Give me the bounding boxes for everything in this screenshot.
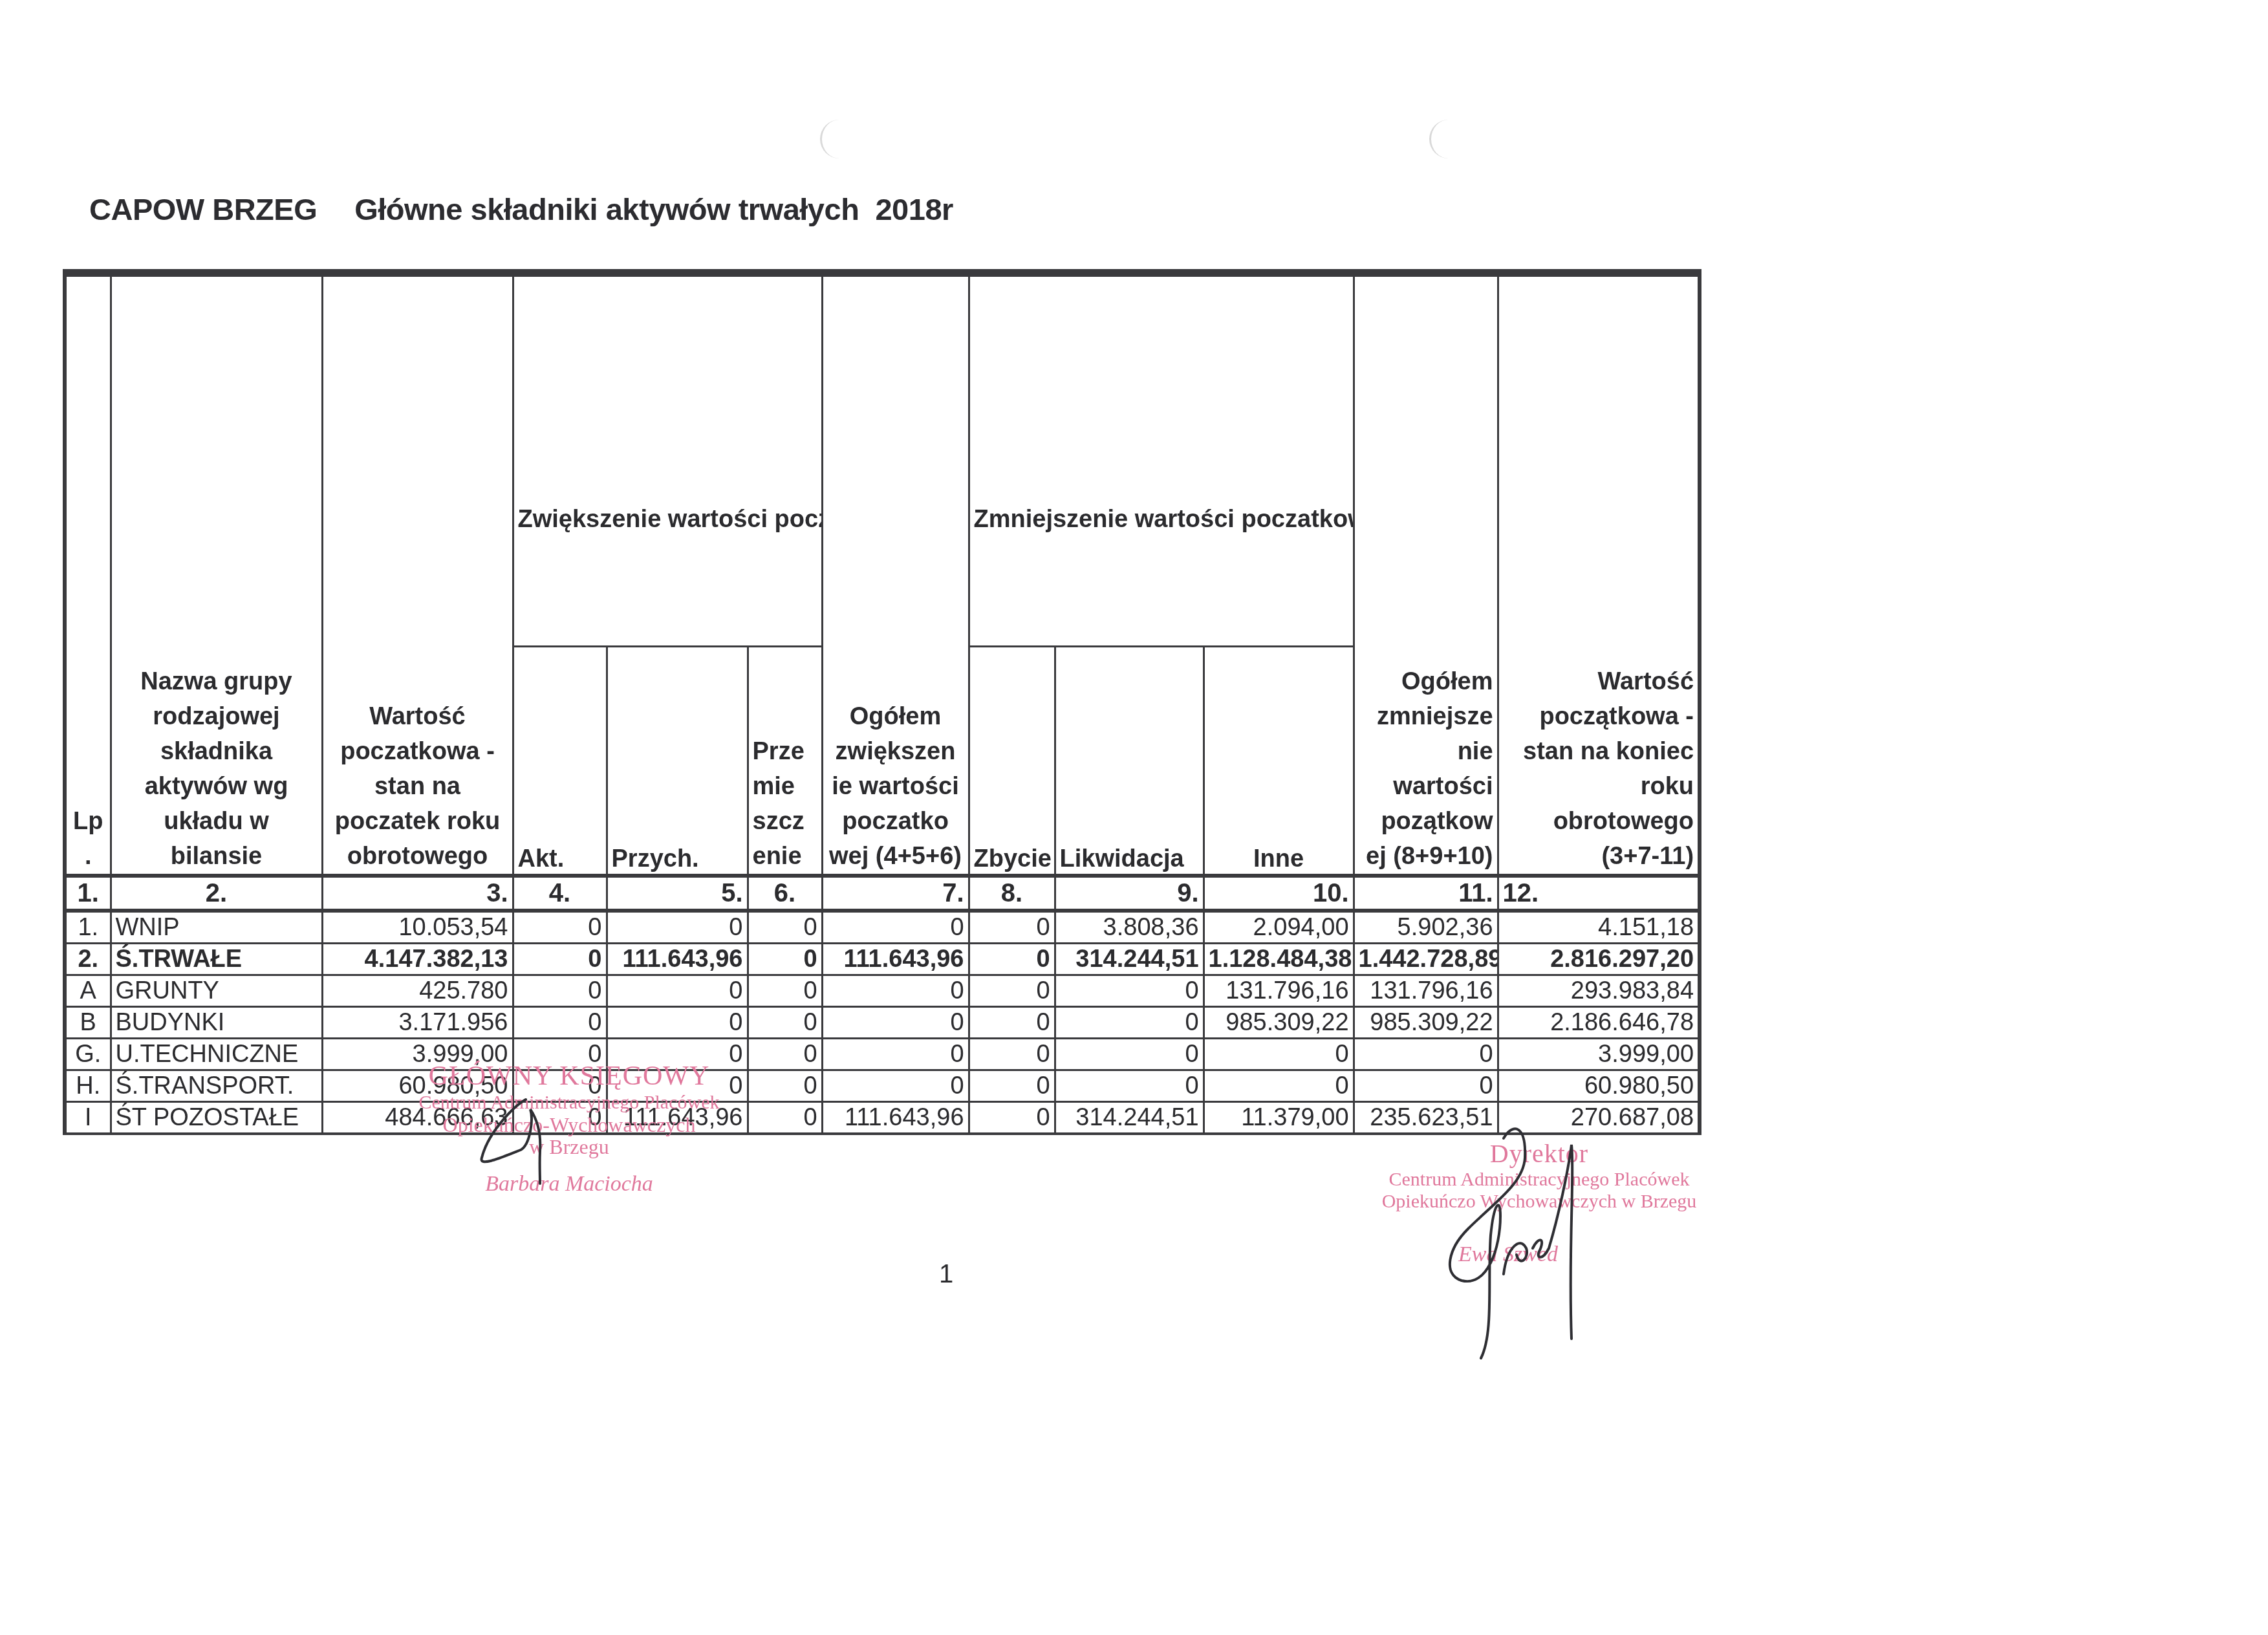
cell-c10: 131.796,16	[1204, 975, 1354, 1007]
cell-c11: 0	[1354, 1070, 1498, 1102]
cell-c9: 314.244,51	[1055, 1102, 1204, 1134]
cell-c4: 0	[513, 1007, 607, 1039]
cell-c3: 3.171.956	[322, 1007, 513, 1039]
cell-c5: 0	[607, 1007, 748, 1039]
punch-hole-mark	[820, 120, 845, 158]
header-akt: Akt.	[513, 647, 607, 876]
cell-c6: 0	[748, 944, 822, 975]
cell-c10: 11.379,00	[1204, 1102, 1354, 1134]
row-lp: 2.	[65, 944, 111, 975]
table-row: G.U.TECHNICZNE3.999,00000000003.999,00	[65, 1039, 1700, 1070]
row-name: WNIP	[111, 911, 322, 944]
chief-accountant-signature	[475, 1093, 579, 1190]
cell-c3: 10.053,54	[322, 911, 513, 944]
column-number: 12.	[1498, 876, 1700, 911]
cell-c12: 4.151,18	[1498, 911, 1700, 944]
cell-c7: 0	[822, 1039, 969, 1070]
cell-c8: 0	[969, 1007, 1055, 1039]
column-number: 5.	[607, 876, 748, 911]
cell-c12: 60.980,50	[1498, 1070, 1700, 1102]
cell-c8: 0	[969, 911, 1055, 944]
row-lp: I	[65, 1102, 111, 1134]
column-number: 1.	[65, 876, 111, 911]
row-name: GRUNTY	[111, 975, 322, 1007]
cell-c12: 2.816.297,20	[1498, 944, 1700, 975]
column-number: 11.	[1354, 876, 1498, 911]
table-row: BBUDYNKI3.171.956000000985.309,22985.309…	[65, 1007, 1700, 1039]
column-number: 9.	[1055, 876, 1204, 911]
fixed-assets-table: Lp . Nazwa grupy rodzajowej składnika ak…	[63, 269, 1701, 1135]
cell-c7: 0	[822, 911, 969, 944]
cell-c11: 0	[1354, 1039, 1498, 1070]
cell-c9: 0	[1055, 1007, 1204, 1039]
cell-c11: 131.796,16	[1354, 975, 1498, 1007]
row-name: U.TECHNICZNE	[111, 1039, 322, 1070]
cell-c8: 0	[969, 1039, 1055, 1070]
row-lp: G.	[65, 1039, 111, 1070]
header-likwidacja: Likwidacja	[1055, 647, 1204, 876]
cell-c10: 985.309,22	[1204, 1007, 1354, 1039]
cell-c12: 2.186.646,78	[1498, 1007, 1700, 1039]
cell-c7: 111.643,96	[822, 944, 969, 975]
cell-c7: 0	[822, 1007, 969, 1039]
cell-c9: 314.244,51	[1055, 944, 1204, 975]
cell-c9: 0	[1055, 975, 1204, 1007]
row-name: Ś.TRANSPORT.	[111, 1070, 322, 1102]
cell-c3: 4.147.382,13	[322, 944, 513, 975]
header-total-decrease: Ogółem zmniejsze nie wartości pozątkow e…	[1354, 273, 1498, 876]
cell-c4: 0	[513, 944, 607, 975]
cell-c11: 1.442.728,89	[1354, 944, 1498, 975]
cell-c11: 985.309,22	[1354, 1007, 1498, 1039]
cell-c8: 0	[969, 975, 1055, 1007]
row-name: BUDYNKI	[111, 1007, 322, 1039]
header-przych: Przych.	[607, 647, 748, 876]
column-number: 2.	[111, 876, 322, 911]
cell-c7: 0	[822, 1070, 969, 1102]
row-name: ŚT POZOSTAŁE	[111, 1102, 322, 1134]
cell-c12: 293.983,84	[1498, 975, 1700, 1007]
cell-c5: 0	[607, 911, 748, 944]
column-number: 7.	[822, 876, 969, 911]
row-lp: H.	[65, 1070, 111, 1102]
cell-c10: 0	[1204, 1070, 1354, 1102]
table-row: 1.WNIP10.053,54000003.808,362.094,005.90…	[65, 911, 1700, 944]
cell-c7: 111.643,96	[822, 1102, 969, 1134]
cell-c10: 1.128.484,38	[1204, 944, 1354, 975]
header-zbycie: Zbycie	[969, 647, 1055, 876]
column-number: 10.	[1204, 876, 1354, 911]
column-number-row: 1. 2. 3. 4. 5. 6. 7. 8. 9. 10. 11. 12.	[65, 876, 1700, 911]
title-text: Główne składniki aktywów trwałych 2018r	[354, 192, 953, 226]
director-signature	[1442, 1119, 1597, 1365]
header-increase-group: Zwiększenie wartości początkowe	[513, 273, 822, 647]
row-lp: A	[65, 975, 111, 1007]
cell-c6: 0	[748, 1007, 822, 1039]
row-lp: 1.	[65, 911, 111, 944]
cell-c8: 0	[969, 944, 1055, 975]
row-name: Ś.TRWAŁE	[111, 944, 322, 975]
cell-c10: 2.094,00	[1204, 911, 1354, 944]
cell-c9: 0	[1055, 1070, 1204, 1102]
cell-c8: 0	[969, 1102, 1055, 1134]
cell-c3: 425.780	[322, 975, 513, 1007]
header-decrease-group: Zmniejszenie wartości poczatkowej	[969, 273, 1354, 647]
cell-c5: 111.643,96	[607, 944, 748, 975]
organization-name: CAPOW BRZEG	[89, 192, 317, 226]
header-lp: Lp .	[65, 273, 111, 876]
stamp-role: GŁÓWNY KSIĘGOWY	[362, 1061, 776, 1092]
cell-c7: 0	[822, 975, 969, 1007]
column-number: 3.	[322, 876, 513, 911]
cell-c9: 3.808,36	[1055, 911, 1204, 944]
cell-c6: 0	[748, 911, 822, 944]
table-row: 2.Ś.TRWAŁE4.147.382,130111.643,960111.64…	[65, 944, 1700, 975]
header-final-value: Wartość początkowa - stan na koniec roku…	[1498, 273, 1700, 876]
header-initial-value: Wartość poczatkowa - stan na poczatek ro…	[322, 273, 513, 876]
cell-c6: 0	[748, 975, 822, 1007]
column-number: 8.	[969, 876, 1055, 911]
header-name: Nazwa grupy rodzajowej składnika aktywów…	[111, 273, 322, 876]
column-number: 6.	[748, 876, 822, 911]
page-number: 1	[939, 1260, 953, 1289]
cell-c4: 0	[513, 911, 607, 944]
cell-c5: 0	[607, 975, 748, 1007]
document-title: CAPOW BRZEGGłówne składniki aktywów trwa…	[89, 191, 953, 227]
header-przemieszczenie: Prze mie szcz enie	[748, 647, 822, 876]
cell-c12: 3.999,00	[1498, 1039, 1700, 1070]
row-lp: B	[65, 1007, 111, 1039]
header-inne: Inne	[1204, 647, 1354, 876]
cell-c10: 0	[1204, 1039, 1354, 1070]
header-total-increase: Ogółem zwiększen ie wartości poczatko we…	[822, 273, 969, 876]
cell-c8: 0	[969, 1070, 1055, 1102]
cell-c4: 0	[513, 975, 607, 1007]
cell-c9: 0	[1055, 1039, 1204, 1070]
table-row: H.Ś.TRANSPORT.60.980,500000000060.980,50	[65, 1070, 1700, 1102]
cell-c11: 5.902,36	[1354, 911, 1498, 944]
table-row: AGRUNTY425.780000000131.796,16131.796,16…	[65, 975, 1700, 1007]
punch-hole-mark	[1429, 120, 1454, 158]
column-number: 4.	[513, 876, 607, 911]
